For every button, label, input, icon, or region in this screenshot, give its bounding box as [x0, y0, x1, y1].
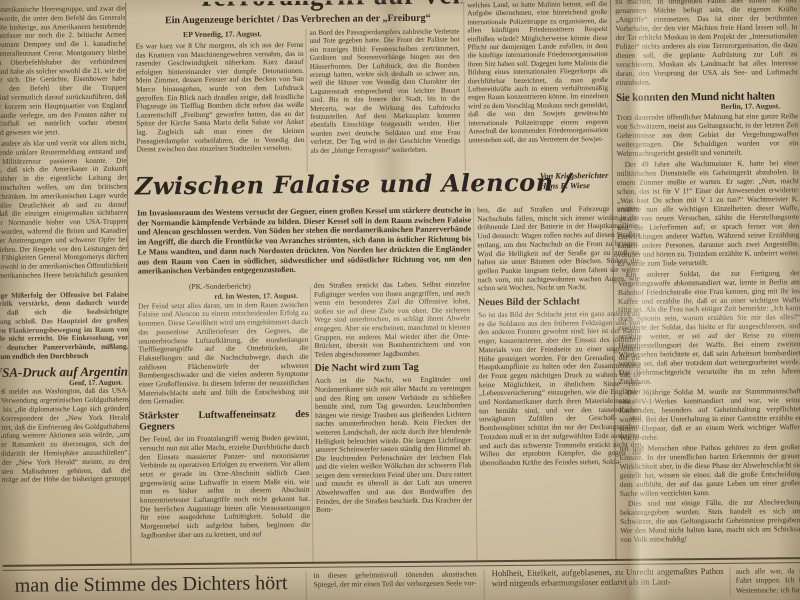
mund-headline: Sie konnten den Mund nicht halten: [616, 92, 798, 103]
falaise-continuation-paragraph: ten und Menschen ohne Pathos gehören zu …: [619, 443, 800, 498]
bottom-strip-headline: man die Stimme des Dichters hört: [15, 572, 315, 598]
falaise-column-a: rd. Im Westen, 17. August. Der Feind set…: [138, 292, 311, 565]
strip-column-3: auch alle war, da mußte ich die Fahrt st…: [736, 566, 800, 597]
falaise-byline: Von Kriegsberichter Hans R. Wiese: [540, 171, 614, 192]
falaise-colC-subhead: Neues Bild der Schlacht: [478, 296, 640, 309]
falaise-colA-paragraph-1: Der Feind setzt alles daran, um in dem R…: [138, 301, 309, 407]
strip-rule-2: [484, 569, 485, 599]
venice-column-3-police-plan: welches Land, so hatte Malinin betont, s…: [467, 0, 609, 170]
venice-headline-text: Der Terrorangriff auf Venedig: [202, 0, 462, 13]
mund-closing-paragraph: Dies sind nur einige Fälle, die zur Absc…: [620, 499, 800, 546]
falaise-lede: Im Invasionsraum des Westens versucht de…: [137, 205, 472, 280]
venice-column-1: Es war kurz vor 8 Uhr morgens, als ich a…: [136, 41, 305, 174]
falaise-colA-subhead: Stärkster Luftwaffeneinsatz des Gegners: [139, 409, 309, 433]
left-column: daß eine neue amerikanische Heeresgruppe…: [0, 5, 131, 564]
left-paragraph-2: Das ist alles andere als klar und verrät…: [0, 139, 128, 290]
falaise-credit: (PK.-Sonderbericht): [150, 281, 290, 291]
falaise-colC-paragraph-2: So ist das Bild der Schlacht jetzt ein g…: [478, 310, 641, 468]
argentina-headline: USA-Druck auf Argentinien: [0, 367, 129, 377]
falaise-byline-line2: Hans R. Wiese: [540, 181, 614, 192]
mund-paragraph-2: Der 49 Jahre alte Wachtmeister K. hatte …: [617, 159, 800, 268]
venice-gutter-rule-1: [305, 29, 307, 172]
strip-column-2: Hohlheit, Eitelkeit, aufgeblasenes, zu U…: [492, 567, 724, 599]
strip-column-1: in diesen geheimnisvoll tönenden akustis…: [314, 569, 477, 600]
venice-gutter-rule-2: [463, 1, 466, 170]
left-paragraph-1: daß eine neue amerikanische Heeresgruppe…: [0, 5, 126, 139]
newspaper-page: daß eine neue amerikanische Heeresgruppe…: [0, 0, 800, 600]
police-plan-end-paragraph: zu machen. In dringenden Fällen aber sol…: [615, 0, 798, 87]
falaise-colB-paragraph-1: den Straßen erstickt das Leben. Selbst e…: [314, 280, 471, 359]
page-content: daß eine neue amerikanische Heeresgruppe…: [0, 0, 800, 600]
falaise-column-b: den Straßen erstickt das Leben. Selbst e…: [314, 280, 473, 562]
falaise-colA-paragraph-2: Der Feind, der im Frontalangriff wenig B…: [139, 434, 310, 540]
mund-paragraph-1: Trotz dauernder öffentlicher Mahnung hat…: [616, 113, 798, 160]
strip-rule-3: [730, 567, 731, 597]
falaise-headline: Zwischen Falaise und Alencon /: [135, 168, 537, 205]
falaise-byline-line1: Von Kriegsberichter: [540, 171, 614, 182]
mund-paragraph-4: Der 36jährige Soldat M. wurde zur Stammm…: [619, 387, 800, 442]
mund-paragraph-3: Ein anderer Soldat, der zur Fertigung de…: [618, 269, 800, 387]
falaise-gutter-rule-1: [310, 286, 314, 563]
falaise-colC-paragraph-1: ben, die auf Straßen und Fahrzeuge unser…: [477, 205, 640, 294]
right-column: zu machen. In dringenden Fällen aber sol…: [615, 0, 800, 560]
venice-dateline: EP Venedig, 17. August.: [147, 29, 297, 39]
venice-column-2: an Bord des Passagierdampfers zahlreiche…: [309, 27, 460, 171]
falaise-colB-paragraph-2: Auch ist die Nacht, wo Engländer und Nor…: [315, 376, 472, 515]
left-paragraph-bold: Der bisherige Mißerfolg der Offensive be…: [0, 290, 129, 362]
falaise-colB-subhead: Die Nacht wird zum Tag: [315, 362, 471, 374]
argentina-paragraph: Associated Preß meldet aus Washington, d…: [0, 387, 130, 494]
